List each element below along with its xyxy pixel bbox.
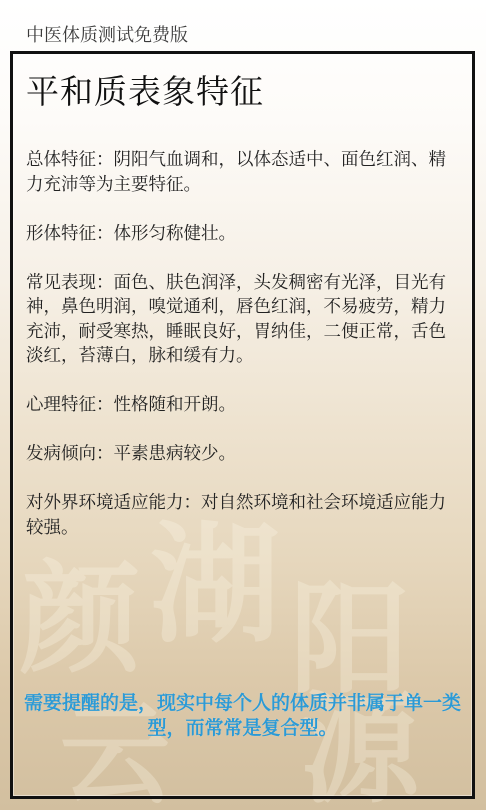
paragraph-disease-tendency: 发病倾向：平素患病较少。	[26, 442, 459, 467]
paragraph-common-signs: 常见表现：面色、肤色润泽，头发稠密有光泽，目光有神，鼻色明润，嗅觉通利，唇色红润…	[26, 271, 459, 369]
paragraph-environment-adaptability: 对外界环境适应能力：对自然环境和社会环境适应能力较强。	[26, 491, 459, 540]
app-title: 中医体质测试免费版	[26, 21, 188, 47]
reminder-note: 需要提醒的是，现实中每个人的体质并非属于单一类型，而常常是复合型。	[23, 691, 462, 741]
content-card: 平和质表象特征 总体特征：阴阳气血调和，以体态适中、面色红润、精力充沛等为主要特…	[10, 51, 475, 799]
card-title: 平和质表象特征	[26, 66, 264, 113]
paragraph-psychological-features: 心理特征：性格随和开朗。	[26, 393, 459, 418]
card-body: 总体特征：阴阳气血调和，以体态适中、面色红润、精力充沛等为主要特征。 形体特征：…	[26, 148, 459, 565]
paragraph-overall-features: 总体特征：阴阳气血调和，以体态适中、面色红润、精力充沛等为主要特征。	[26, 148, 459, 197]
paragraph-body-shape: 形体特征：体形匀称健壮。	[26, 222, 459, 247]
